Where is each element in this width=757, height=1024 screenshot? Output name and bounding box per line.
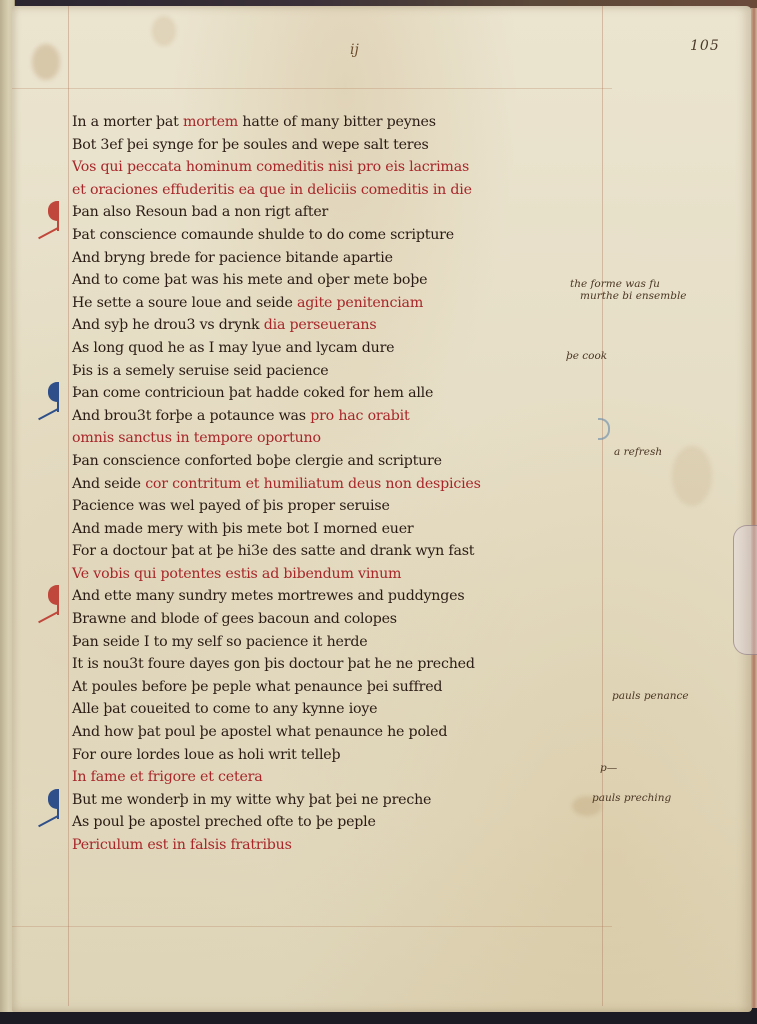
paraph-blue-icon <box>48 787 60 827</box>
line-text: Ve vobis qui potentes estis ad bibendum … <box>72 566 401 582</box>
line-text: Bot 3ef þei synge for þe soules and wepe… <box>72 137 429 153</box>
text-line: And made mery with þis mete bot I morned… <box>72 518 632 541</box>
marginal-note-mark: p— <box>600 762 617 774</box>
paraph-blue-icon <box>48 380 60 420</box>
text-line: As poul þe apostel preched ofte to þe pe… <box>72 811 632 834</box>
line-text: et oraciones effuderitis ea que in delic… <box>72 182 472 198</box>
rubricated-latin: mortem <box>183 114 238 130</box>
rubricated-latin: dia perseuerans <box>264 317 377 333</box>
text-line: But me wonderþ in my witte why þat þei n… <box>72 789 632 812</box>
manuscript-scan: ij 105 In a morter þat mortem hatte of m… <box>0 0 757 1024</box>
text-line: And bryng brede for pacience bitande apa… <box>72 247 632 270</box>
text-line: He sette a soure loue and seide agite pe… <box>72 292 632 315</box>
text-line: Alle þat coueited to come to any kynne i… <box>72 698 632 721</box>
paraph-red-icon <box>48 583 60 623</box>
page-fore-edge <box>751 8 757 1008</box>
line-text: Þan also Resoun bad a non rigt after <box>72 204 328 220</box>
line-text: omnis sanctus in tempore oportuno <box>72 430 321 446</box>
text-line: Þan conscience conforted boþe clergie an… <box>72 450 632 473</box>
rubricated-latin: cor contritum et humiliatum deus non des… <box>145 476 481 492</box>
text-line: At poules before þe peple what penaunce … <box>72 676 632 699</box>
text-line-latin: omnis sanctus in tempore oportuno <box>72 427 632 450</box>
text-line: And to come þat was his mete and oþer me… <box>72 269 632 292</box>
text-line: Bot 3ef þei synge for þe soules and wepe… <box>72 134 632 157</box>
line-text: For oure lordes loue as holi writ telleþ <box>72 747 340 763</box>
stain <box>32 44 60 80</box>
text-line: And how þat poul þe apostel what penaunc… <box>72 721 632 744</box>
scan-background-bottom <box>0 1012 757 1024</box>
line-text: At poules before þe peple what penaunce … <box>72 679 442 695</box>
stain <box>672 446 712 506</box>
ruling-top <box>12 88 612 89</box>
text-line: It is nou3t foure dayes gon þis doctour … <box>72 653 632 676</box>
line-text: In fame et frigore et cetera <box>72 769 263 785</box>
text-line: Þan come contricioun þat hadde coked for… <box>72 382 632 405</box>
running-head: ij <box>350 42 359 58</box>
line-text: And seide cor contritum et humiliatum de… <box>72 476 481 492</box>
ruling-bottom <box>12 926 612 927</box>
text-line: Pacience was wel payed of þis proper ser… <box>72 495 632 518</box>
line-text: Þan seide I to my self so pacience it he… <box>72 634 367 650</box>
stain <box>152 16 176 46</box>
line-text: And made mery with þis mete bot I morned… <box>72 521 414 537</box>
text-line: Þan also Resoun bad a non rigt after <box>72 201 632 224</box>
line-text: It is nou3t foure dayes gon þis doctour … <box>72 656 475 672</box>
line-text: Brawne and blode of gees bacoun and colo… <box>72 611 397 627</box>
marginal-note-line: murthe bi ensemble <box>570 290 687 302</box>
rubricated-latin: pro hac orabit <box>310 408 409 424</box>
text-line: For oure lordes loue as holi writ telleþ <box>72 744 632 767</box>
text-line-latin: et oraciones effuderitis ea que in delic… <box>72 179 632 202</box>
marginal-note-pauls-preching: pauls preching <box>592 792 671 804</box>
line-text: He sette a soure loue and seide agite pe… <box>72 295 423 311</box>
folio-number: 105 <box>690 38 720 54</box>
text-line: And syþ he drou3 vs drynk dia perseueran… <box>72 314 632 337</box>
marginal-note-cook: þe cook <box>566 350 607 362</box>
line-text: Þis is a semely seruise seid pacience <box>72 363 328 379</box>
text-line: And seide cor contritum et humiliatum de… <box>72 473 632 496</box>
text-line-latin: In fame et frigore et cetera <box>72 766 632 789</box>
text-line: For a doctour þat at þe hi3e des satte a… <box>72 540 632 563</box>
line-text: As long quod he as I may lyue and lycam … <box>72 340 394 356</box>
line-text: But me wonderþ in my witte why þat þei n… <box>72 792 431 808</box>
text-line-latin: Vos qui peccata hominum comeditis nisi p… <box>72 156 632 179</box>
paraph-red-icon <box>48 199 60 239</box>
line-text: As poul þe apostel preched ofte to þe pe… <box>72 814 376 830</box>
line-text: And syþ he drou3 vs drynk dia perseueran… <box>72 317 376 333</box>
line-text: Þan come contricioun þat hadde coked for… <box>72 385 433 401</box>
text-line: As long quod he as I may lyue and lycam … <box>72 337 632 360</box>
text-line: Brawne and blode of gees bacoun and colo… <box>72 608 632 631</box>
line-text: Pacience was wel payed of þis proper ser… <box>72 498 390 514</box>
line-text: And brou3t forþe a potaunce was pro hac … <box>72 408 409 424</box>
marginal-note-forme: the forme was fu murthe bi ensemble <box>570 278 687 302</box>
line-text: Þat conscience comaunde shulde to do com… <box>72 227 454 243</box>
line-text: And bryng brede for pacience bitande apa… <box>72 250 393 266</box>
text-line: In a morter þat mortem hatte of many bit… <box>72 111 632 134</box>
page-tab-marker <box>733 525 757 655</box>
text-line-latin: Periculum est in falsis fratribus <box>72 834 632 857</box>
marginal-note-refresh: a refresh <box>614 446 662 458</box>
line-text: And to come þat was his mete and oþer me… <box>72 272 427 288</box>
marginal-note-line: the forme was fu <box>570 278 687 290</box>
ruling-left <box>68 6 69 1006</box>
line-text: And how þat poul þe apostel what penaunc… <box>72 724 447 740</box>
text-line-latin: Ve vobis qui potentes estis ad bibendum … <box>72 563 632 586</box>
text-line: Þat conscience comaunde shulde to do com… <box>72 224 632 247</box>
text-line: And ette many sundry metes mortrewes and… <box>72 585 632 608</box>
line-text: In a morter þat mortem hatte of many bit… <box>72 114 436 130</box>
line-text: And ette many sundry metes mortrewes and… <box>72 588 464 604</box>
text-line: Þis is a semely seruise seid pacience <box>72 360 632 383</box>
line-text: Þan conscience conforted boþe clergie an… <box>72 453 442 469</box>
line-text: For a doctour þat at þe hi3e des satte a… <box>72 543 474 559</box>
line-text: Periculum est in falsis fratribus <box>72 837 292 853</box>
line-text: Vos qui peccata hominum comeditis nisi p… <box>72 159 469 175</box>
rubricated-latin: agite penitenciam <box>297 295 423 311</box>
text-line: Þan seide I to my self so pacience it he… <box>72 631 632 654</box>
main-text-column: In a morter þat mortem hatte of many bit… <box>72 111 632 857</box>
marginal-note-pauls-penance: pauls penance <box>612 690 689 702</box>
line-text: Alle þat coueited to come to any kynne i… <box>72 701 377 717</box>
text-line: And brou3t forþe a potaunce was pro hac … <box>72 405 632 428</box>
